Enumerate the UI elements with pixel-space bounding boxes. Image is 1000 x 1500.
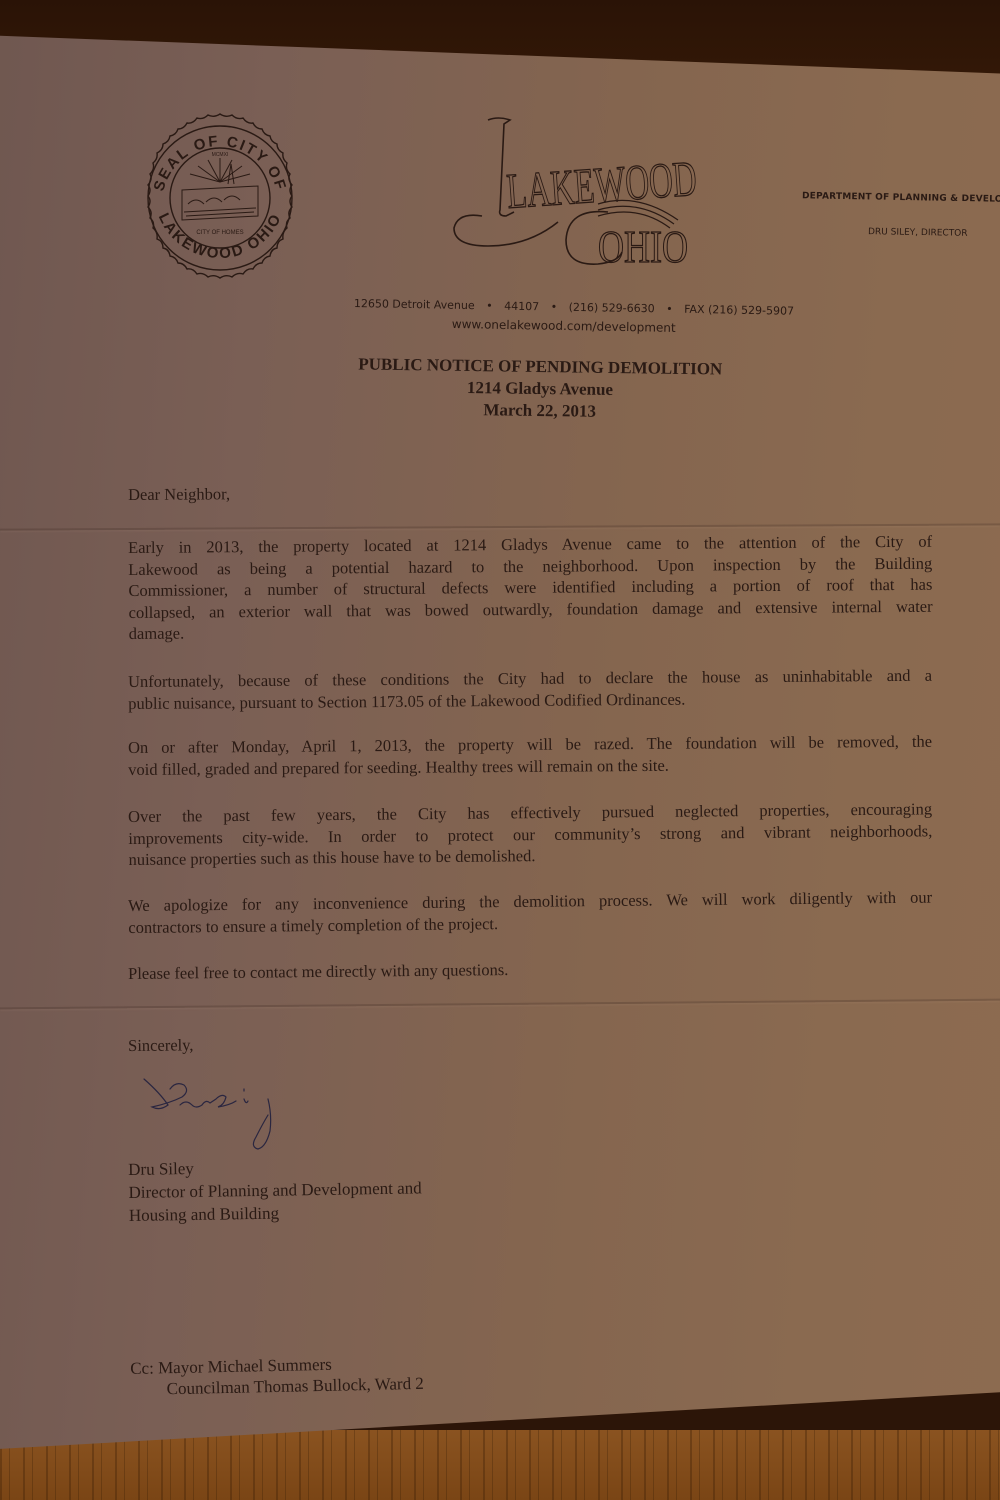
street-address: 12650 Detroit Avenue <box>354 297 475 312</box>
department-name: DEPARTMENT OF PLANNING & DEVELO <box>802 191 1000 204</box>
paragraph-1: Early in 2013, the property located at 1… <box>128 531 933 645</box>
cc-list: Cc: Mayor Michael Summers Councilman Tho… <box>130 1352 424 1400</box>
svg-text:MCMXI: MCMXI <box>212 152 229 158</box>
signature-block: Dru Siley Director of Planning and Devel… <box>128 1153 422 1227</box>
bullet-separator: • <box>666 302 673 315</box>
salutation: Dear Neighbor, <box>128 478 932 505</box>
website-url: www.onelakewood.com/development <box>452 317 676 335</box>
fax-number: FAX (216) 529-5907 <box>684 303 794 318</box>
notice-date: March 22, 2013 <box>330 397 750 425</box>
paragraph-6: Please feel free to contact me directly … <box>128 955 932 985</box>
svg-text:CITY OF HOMES: CITY OF HOMES <box>196 230 243 236</box>
paragraph-3: On or after Monday, April 1, 2013, the p… <box>128 731 932 780</box>
notice-heading: PUBLIC NOTICE OF PENDING DEMOLITION 1214… <box>330 353 751 425</box>
department-director: DRU SILEY, DIRECTOR <box>868 227 968 239</box>
address-line: 12650 Detroit Avenue • 44107 • (216) 529… <box>354 297 794 318</box>
lakewood-ohio-logo: LAKEWOOD OHIO <box>448 112 718 272</box>
svg-text:OHIO: OHIO <box>598 221 688 272</box>
paragraph-2: Unfortunately, because of these conditio… <box>128 665 932 714</box>
paragraph-line: Please feel free to contact me directly … <box>128 955 932 985</box>
closing: Sincerely, <box>128 1027 932 1057</box>
letter-document: SEAL OF CITY OF LAKEWOOD OHIO MCMXI CITY… <box>0 0 1000 1500</box>
paragraph-4: Over the past few years, the City has ef… <box>128 798 933 870</box>
city-seal-icon: SEAL OF CITY OF LAKEWOOD OHIO MCMXI CITY… <box>132 112 308 288</box>
svg-text:LAKEWOOD: LAKEWOOD <box>505 150 698 219</box>
phone-number: (216) 529-6630 <box>569 301 655 315</box>
signer-title: Housing and Building <box>129 1199 422 1227</box>
bullet-separator: • <box>551 300 558 313</box>
zip-code: 44107 <box>504 300 539 314</box>
signer-title: Director of Planning and Development and <box>128 1176 421 1204</box>
paragraph-5: We apologize for any inconvenience durin… <box>128 887 932 938</box>
cc-recipient: Mayor Michael Summers <box>158 1355 332 1378</box>
bullet-separator: • <box>486 299 493 312</box>
handwritten-signature <box>140 1075 290 1155</box>
cc-label: Cc: <box>130 1359 154 1378</box>
